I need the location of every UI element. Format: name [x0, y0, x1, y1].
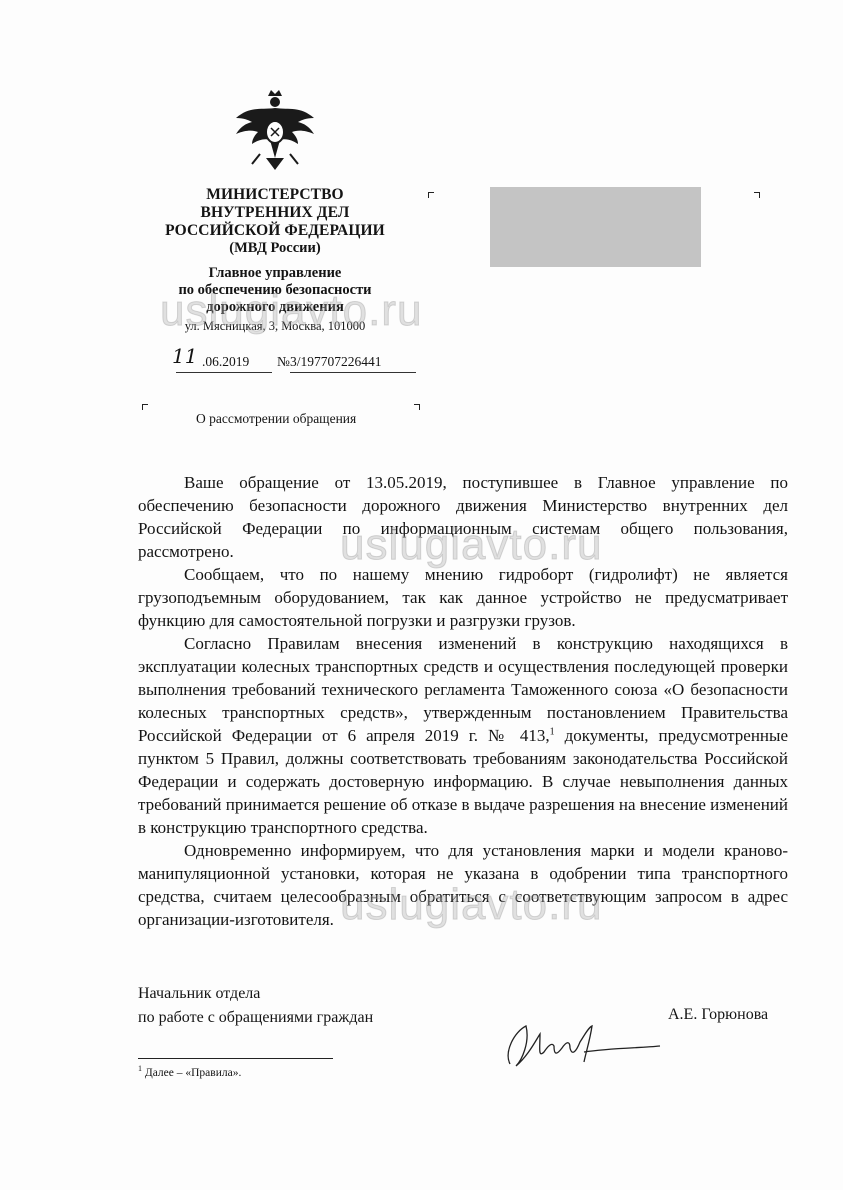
org-line-1: МИНИСТЕРСТВО: [150, 186, 400, 204]
org-line-2: ВНУТРЕННИХ ДЕЛ: [150, 204, 400, 222]
letter-number: 3/197707226441: [290, 354, 416, 373]
division-line-1: Главное управление: [150, 265, 400, 282]
signatory-title-line-2: по работе с обращениями граждан: [138, 1006, 373, 1030]
footnote-separator: [138, 1058, 333, 1059]
printed-date: .06.2019: [202, 354, 249, 369]
division-line-2: по обеспечению безопасности: [150, 282, 400, 299]
signatory-name: А.Е. Горюнова: [668, 1006, 768, 1024]
paragraph-1: Ваше обращение от 13.05.2019, поступивше…: [138, 471, 788, 563]
recipient-corner-right: [754, 192, 760, 198]
division-line-3: дорожного движения: [150, 299, 400, 316]
paragraph-4: Одновременно информируем, что для устано…: [138, 839, 788, 931]
double-headed-eagle-emblem-icon: [230, 88, 320, 178]
org-address: ул. Мясницкая, 3, Москва, 101000: [150, 318, 400, 334]
letter-date: 11 .06.2019: [176, 354, 272, 373]
org-line-4: (МВД России): [150, 240, 400, 257]
recipient-corner-left: [428, 192, 434, 198]
organization-block: МИНИСТЕРСТВО ВНУТРЕННИХ ДЕЛ РОССИЙСКОЙ Ф…: [150, 186, 400, 334]
paragraph-3: Согласно Правилам внесения изменений в к…: [138, 632, 788, 839]
handwritten-day: 11: [172, 344, 197, 368]
footnote: 1 Далее – «Правила».: [138, 1067, 241, 1079]
signatory-title-line-1: Начальник отдела: [138, 982, 373, 1006]
redacted-recipient-block: [490, 187, 701, 267]
footnote-text: Далее – «Правила».: [142, 1067, 241, 1079]
handwritten-signature-icon: [500, 1012, 670, 1072]
signatory-title: Начальник отдела по работе с обращениями…: [138, 982, 373, 1030]
letter-page: МИНИСТЕРСТВО ВНУТРЕННИХ ДЕЛ РОССИЙСКОЙ Ф…: [0, 0, 843, 1190]
subject-corner-left: [142, 404, 148, 410]
number-sign: №: [277, 354, 290, 370]
letter-subject: О рассмотрении обращения: [196, 411, 356, 427]
letter-body: Ваше обращение от 13.05.2019, поступивше…: [138, 471, 788, 931]
paragraph-2: Сообщаем, что по нашему мнению гидроборт…: [138, 563, 788, 632]
subject-corner-right: [414, 404, 420, 410]
org-line-3: РОССИЙСКОЙ ФЕДЕРАЦИИ: [150, 222, 400, 240]
